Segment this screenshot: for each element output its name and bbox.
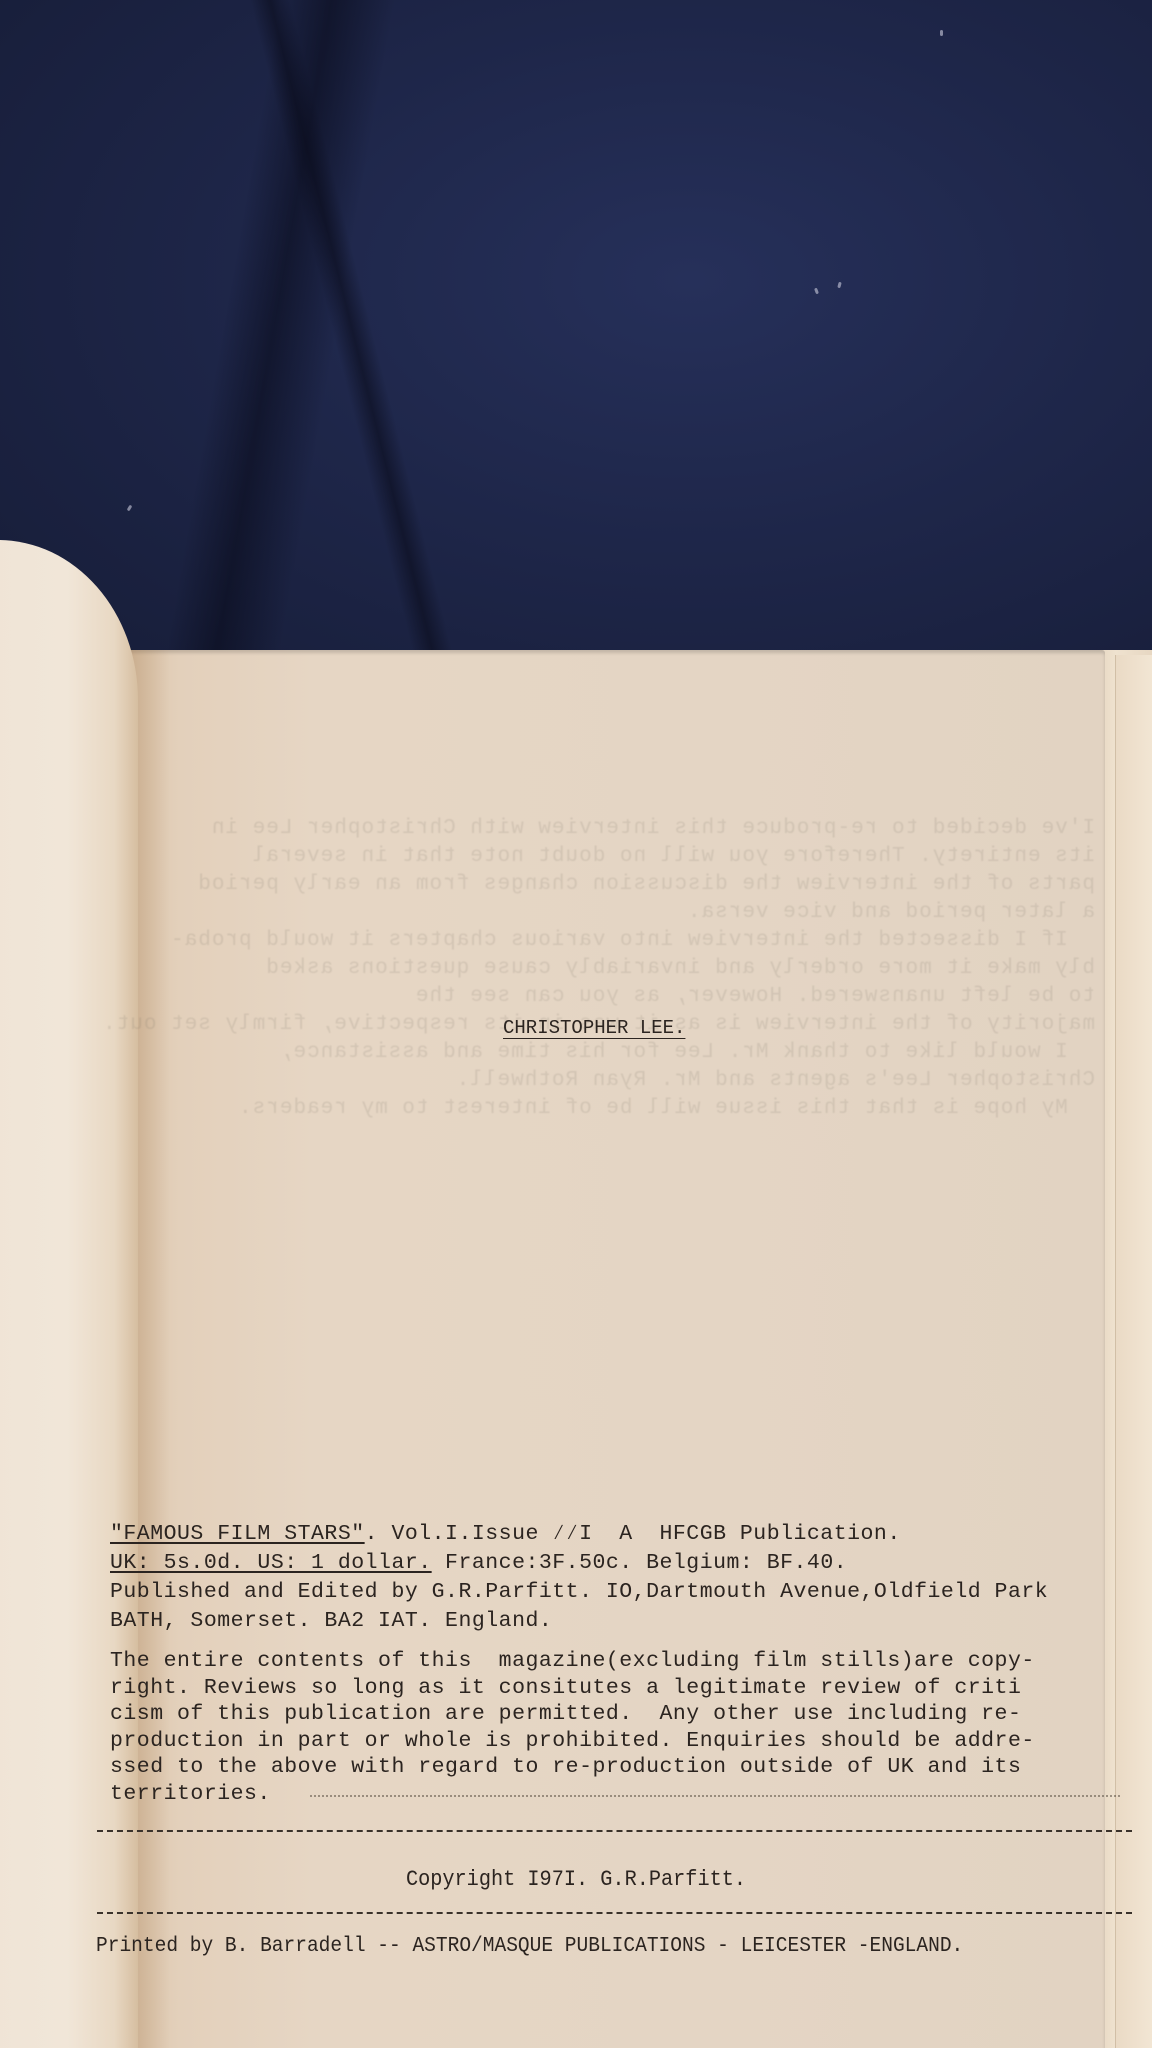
europe-prices: France:3F.50c. Belgium: BF.40. bbox=[432, 1551, 847, 1575]
dashed-rule-top bbox=[97, 1830, 1132, 1832]
notice-line: ssed to the above with regard to re-prod… bbox=[110, 1755, 1021, 1779]
publication-imprint: "FAMOUS FILM STARS". Vol.I.Issue ∕∕I A H… bbox=[110, 1520, 1048, 1636]
volume-issue: . Vol.I.Issue ∕∕I A HFCGB Publication. bbox=[365, 1522, 901, 1546]
notice-line: territories. bbox=[110, 1782, 271, 1806]
magazine-page bbox=[120, 650, 1105, 2048]
notice-line: right. Reviews so long as it consitutes … bbox=[110, 1676, 1021, 1700]
lint-speck bbox=[940, 30, 943, 36]
dotted-leader bbox=[310, 1795, 1120, 1797]
dashed-rule-bottom bbox=[97, 1912, 1132, 1914]
publisher-address: Published and Edited by G.R.Parfitt. IO,… bbox=[110, 1580, 1048, 1604]
curled-left-page bbox=[0, 540, 138, 2048]
magazine-title: "FAMOUS FILM STARS" bbox=[110, 1522, 365, 1546]
publisher-city: BATH, Somerset. BA2 IAT. England. bbox=[110, 1609, 552, 1633]
article-title: CHRISTOPHER LEE. bbox=[503, 1017, 685, 1039]
uk-us-prices: UK: 5s.0d. US: 1 dollar. bbox=[110, 1551, 432, 1575]
back-pages-edge-outer bbox=[1115, 655, 1152, 2048]
notice-line: cism of this publication are permitted. … bbox=[110, 1702, 1021, 1726]
copyright-notice: The entire contents of this magazine(exc… bbox=[110, 1648, 1035, 1807]
printer-credit: Printed by B. Barradell -- ASTRO/MASQUE … bbox=[96, 1935, 963, 1958]
notice-line: The entire contents of this magazine(exc… bbox=[110, 1649, 1035, 1673]
navy-cloth-background bbox=[0, 0, 1152, 700]
notice-line: production in part or whole is prohibite… bbox=[110, 1729, 1035, 1753]
copyright-line: Copyright I97I. G.R.Parfitt. bbox=[46, 1867, 1106, 1892]
